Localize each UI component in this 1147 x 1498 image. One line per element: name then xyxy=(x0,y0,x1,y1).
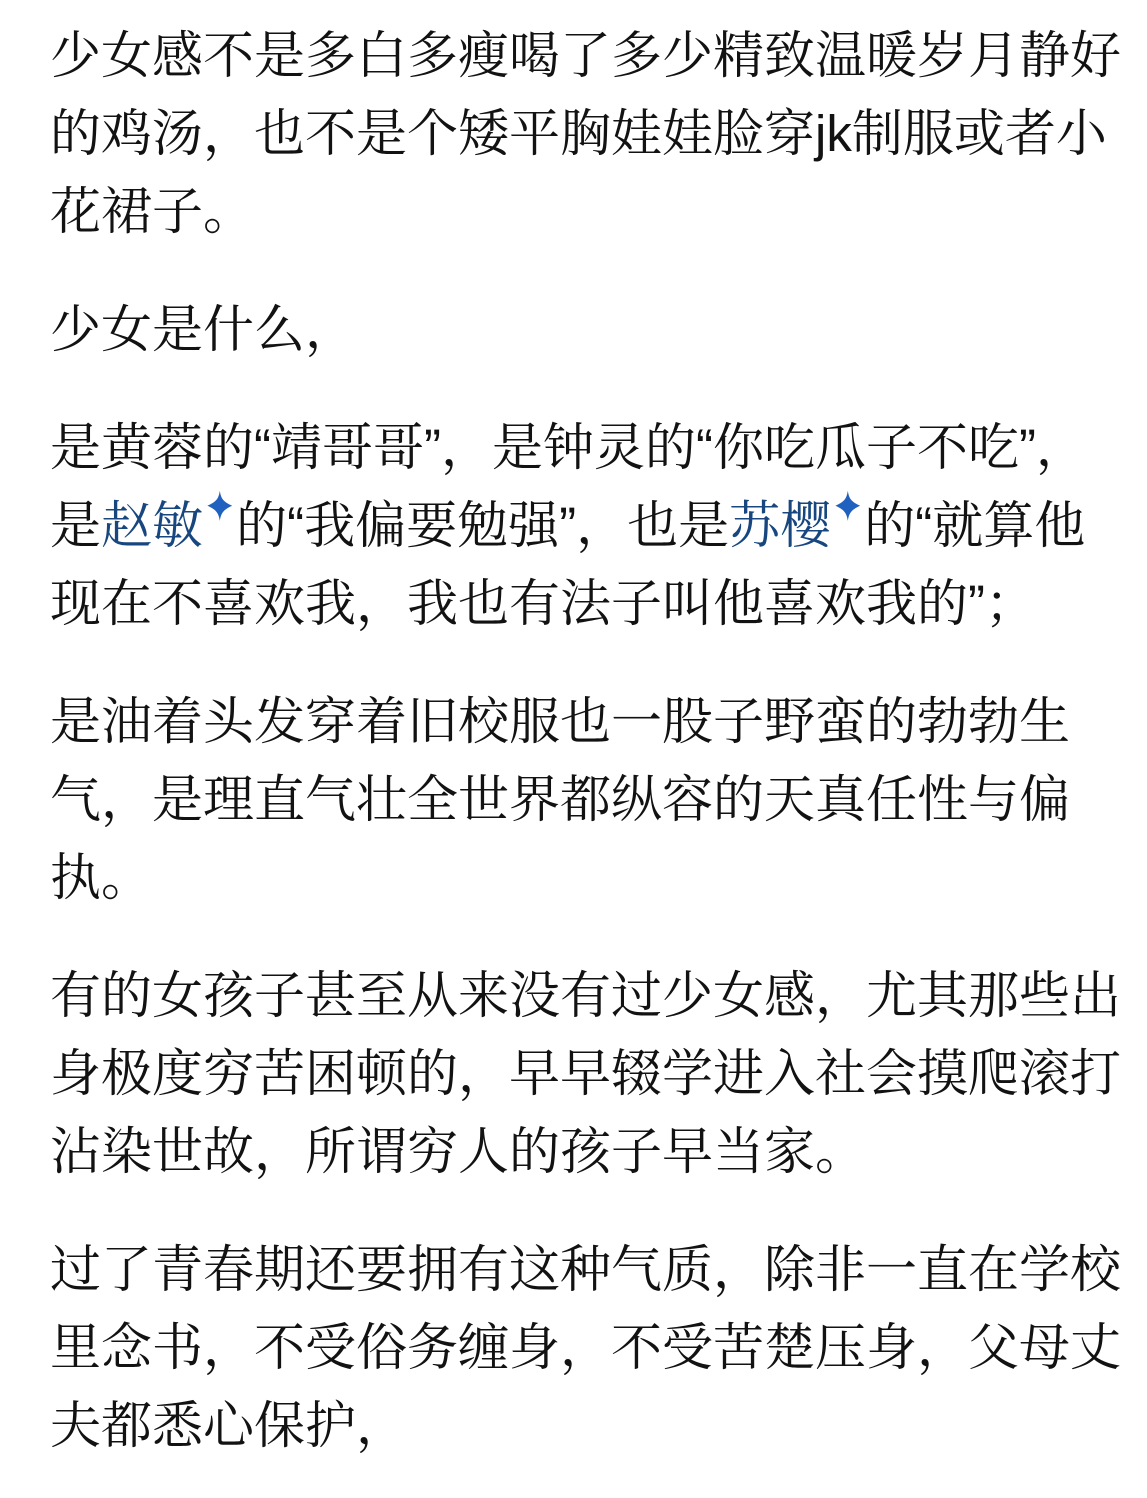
text-line: 是赵敏的“我偏要勉强”，也是苏樱的“就算他 xyxy=(50,487,1105,565)
text-run: 是油着头发穿着旧校服也一股子野蛮的勃勃生 xyxy=(50,693,1070,750)
text-line: 沾染世故，所谓穷人的孩子早当家。 xyxy=(50,1113,1105,1191)
sparkle-icon xyxy=(832,490,864,522)
text-run: 执。 xyxy=(50,849,152,906)
paragraph: 少女感不是多白多瘦喝了多少精致温暖岁月静好的鸡汤，也不是个矮平胸娃娃脸穿jk制服… xyxy=(50,17,1105,251)
paragraph: 过了青春期还要拥有这种气质，除非一直在学校里念书，不受俗务缠身，不受苦楚压身，父… xyxy=(50,1231,1105,1465)
text-line: 有的女孩子甚至从来没有过少女感，尤其那些出 xyxy=(50,957,1105,1035)
text-line: 执。 xyxy=(50,839,1105,917)
entity-link-label: 苏樱 xyxy=(729,497,831,554)
paragraph: 是黄蓉的“靖哥哥”，是钟灵的“你吃瓜子不吃”，是赵敏的“我偏要勉强”，也是苏樱的… xyxy=(50,409,1105,643)
text-run: 是黄蓉的“靖哥哥”，是钟灵的“你吃瓜子不吃”， xyxy=(50,419,1087,476)
text-run: 现在不喜欢我，我也有法子叫他喜欢我的”； xyxy=(50,575,1036,632)
text-line: 过了青春期还要拥有这种气质，除非一直在学校 xyxy=(50,1231,1105,1309)
text-run: 少女是什么， xyxy=(50,301,356,358)
text-run: 的鸡汤，也不是个矮平胸娃娃脸穿jk制服或者小 xyxy=(50,105,1107,162)
text-line: 的鸡汤，也不是个矮平胸娃娃脸穿jk制服或者小 xyxy=(50,95,1105,173)
text-run: 的“我偏要勉强”，也是 xyxy=(236,497,729,554)
paragraph: 少女是什么， xyxy=(50,291,1105,369)
text-line: 里念书，不受俗务缠身，不受苦楚压身，父母丈 xyxy=(50,1309,1105,1387)
text-line: 少女是什么， xyxy=(50,291,1105,369)
article: 少女感不是多白多瘦喝了多少精致温暖岁月静好的鸡汤，也不是个矮平胸娃娃脸穿jk制服… xyxy=(50,17,1105,1465)
text-run: 是 xyxy=(50,497,101,554)
paragraph: 是油着头发穿着旧校服也一股子野蛮的勃勃生气，是理直气壮全世界都纵容的天真任性与偏… xyxy=(50,683,1105,917)
entity-link-label: 赵敏 xyxy=(101,497,203,554)
text-run: 沾染世故，所谓穷人的孩子早当家。 xyxy=(50,1123,866,1180)
text-run: 气，是理直气壮全世界都纵容的天真任性与偏 xyxy=(50,771,1070,828)
text-run: 花裙子。 xyxy=(50,183,254,240)
entity-link-suying[interactable]: 苏樱 xyxy=(729,497,864,554)
text-run: 夫都悉心保护， xyxy=(50,1397,407,1454)
text-line: 花裙子。 xyxy=(50,173,1105,251)
text-run: 的“就算他 xyxy=(864,497,1085,554)
text-run: 有的女孩子甚至从来没有过少女感，尤其那些出 xyxy=(50,967,1121,1024)
text-line: 气，是理直气壮全世界都纵容的天真任性与偏 xyxy=(50,761,1105,839)
sparkle-icon xyxy=(204,490,236,522)
text-line: 现在不喜欢我，我也有法子叫他喜欢我的”； xyxy=(50,565,1105,643)
entity-link-zhaomin[interactable]: 赵敏 xyxy=(101,497,236,554)
text-line: 夫都悉心保护， xyxy=(50,1387,1105,1465)
text-run: 过了青春期还要拥有这种气质，除非一直在学校 xyxy=(50,1241,1121,1298)
paragraph: 有的女孩子甚至从来没有过少女感，尤其那些出身极度穷苦困顿的，早早辍学进入社会摸爬… xyxy=(50,957,1105,1191)
text-line: 少女感不是多白多瘦喝了多少精致温暖岁月静好 xyxy=(50,17,1105,95)
text-run: 少女感不是多白多瘦喝了多少精致温暖岁月静好 xyxy=(50,27,1121,84)
text-line: 身极度穷苦困顿的，早早辍学进入社会摸爬滚打 xyxy=(50,1035,1105,1113)
text-run: 身极度穷苦困顿的，早早辍学进入社会摸爬滚打 xyxy=(50,1045,1121,1102)
text-run: 里念书，不受俗务缠身，不受苦楚压身，父母丈 xyxy=(50,1319,1121,1376)
text-line: 是黄蓉的“靖哥哥”，是钟灵的“你吃瓜子不吃”， xyxy=(50,409,1105,487)
text-line: 是油着头发穿着旧校服也一股子野蛮的勃勃生 xyxy=(50,683,1105,761)
